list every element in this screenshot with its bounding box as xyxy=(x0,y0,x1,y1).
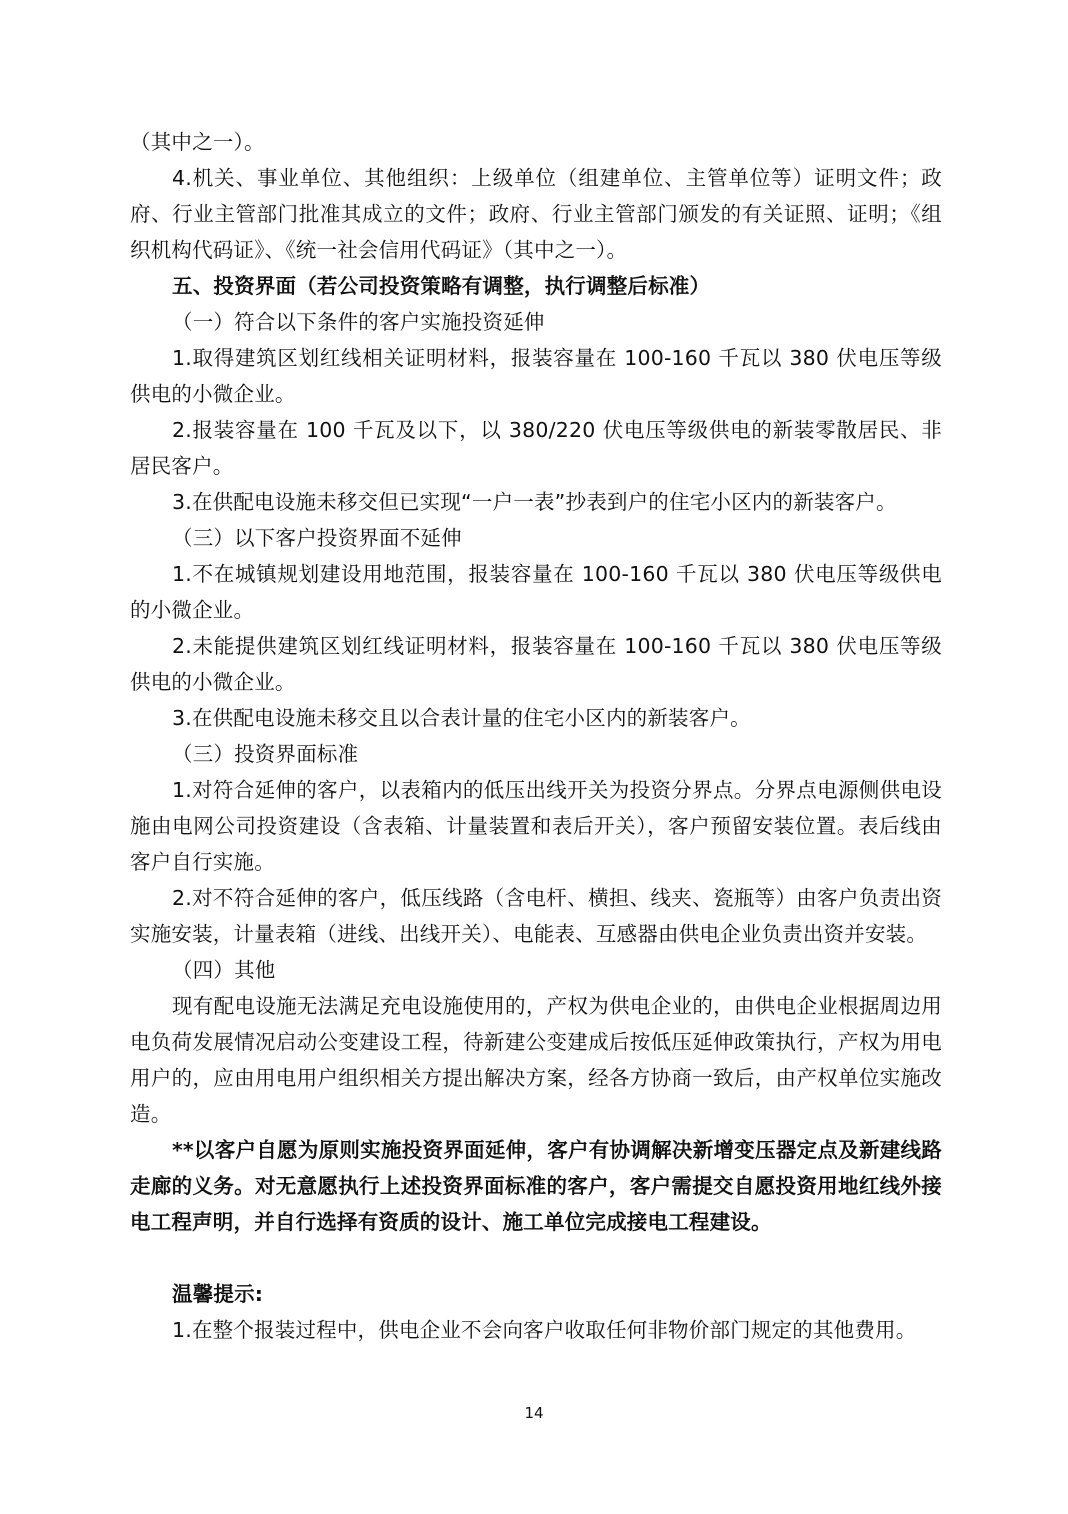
list-item-no-extension-3: 3.在供配电设施未移交且以合表计量的住宅小区内的新装客户。 xyxy=(130,700,942,736)
list-item-extension-3: 3.在供配电设施未移交但已实现“一户一表”抄表到户的住宅小区内的新装客户。 xyxy=(130,484,942,520)
tips-item-1: 1.在整个报装过程中，供电企业不会向客户收取任何非物价部门规定的其他费用。 xyxy=(130,1312,942,1348)
paragraph-other-details: 现有配电设施无法满足充电设施使用的，产权为供电企业的，由供电企业根据周边用电负荷… xyxy=(130,988,942,1132)
list-item-extension-2: 2.报装容量在 100 千瓦及以下，以 380/220 伏电压等级供电的新装零散… xyxy=(130,412,942,484)
blank-line xyxy=(130,1240,942,1276)
tips-heading: 温馨提示: xyxy=(130,1276,942,1312)
subsection-heading-extension-conditions: （一）符合以下条件的客户实施投资延伸 xyxy=(130,304,942,340)
note-voluntary-extension: **以客户自愿为原则实施投资界面延伸，客户有协调解决新增变压器定点及新建线路走廊… xyxy=(130,1132,942,1240)
paragraph-continuation: （其中之一）。 xyxy=(130,124,942,160)
list-item-no-extension-1: 1.不在城镇规划建设用地范围，报装容量在 100-160 千瓦以 380 伏电压… xyxy=(130,556,942,628)
subsection-heading-no-extension: （三）以下客户投资界面不延伸 xyxy=(130,520,942,556)
document-page: （其中之一）。 4.机关、事业单位、其他组织：上级单位（组建单位、主管单位等）证… xyxy=(130,124,942,1348)
list-item-extension-1: 1.取得建筑区划红线相关证明材料，报装容量在 100-160 千瓦以 380 伏… xyxy=(130,340,942,412)
section-heading-investment-interface: 五、投资界面（若公司投资策略有调整，执行调整后标准） xyxy=(130,268,942,304)
list-item-no-extension-2: 2.未能提供建筑区划红线证明材料，报装容量在 100-160 千瓦以 380 伏… xyxy=(130,628,942,700)
subsection-heading-interface-standard: （三）投资界面标准 xyxy=(130,736,942,772)
list-item-standard-2: 2.对不符合延伸的客户，低压线路（含电杆、横担、线夹、瓷瓶等）由客户负责出资实施… xyxy=(130,880,942,952)
list-item-standard-1: 1.对符合延伸的客户，以表箱内的低压出线开关为投资分界点。分界点电源侧供电设施由… xyxy=(130,772,942,880)
subsection-heading-other: （四）其他 xyxy=(130,952,942,988)
page-number: 14 xyxy=(0,1402,1068,1424)
paragraph-item-4-organizations: 4.机关、事业单位、其他组织：上级单位（组建单位、主管单位等）证明文件；政府、行… xyxy=(130,160,942,268)
